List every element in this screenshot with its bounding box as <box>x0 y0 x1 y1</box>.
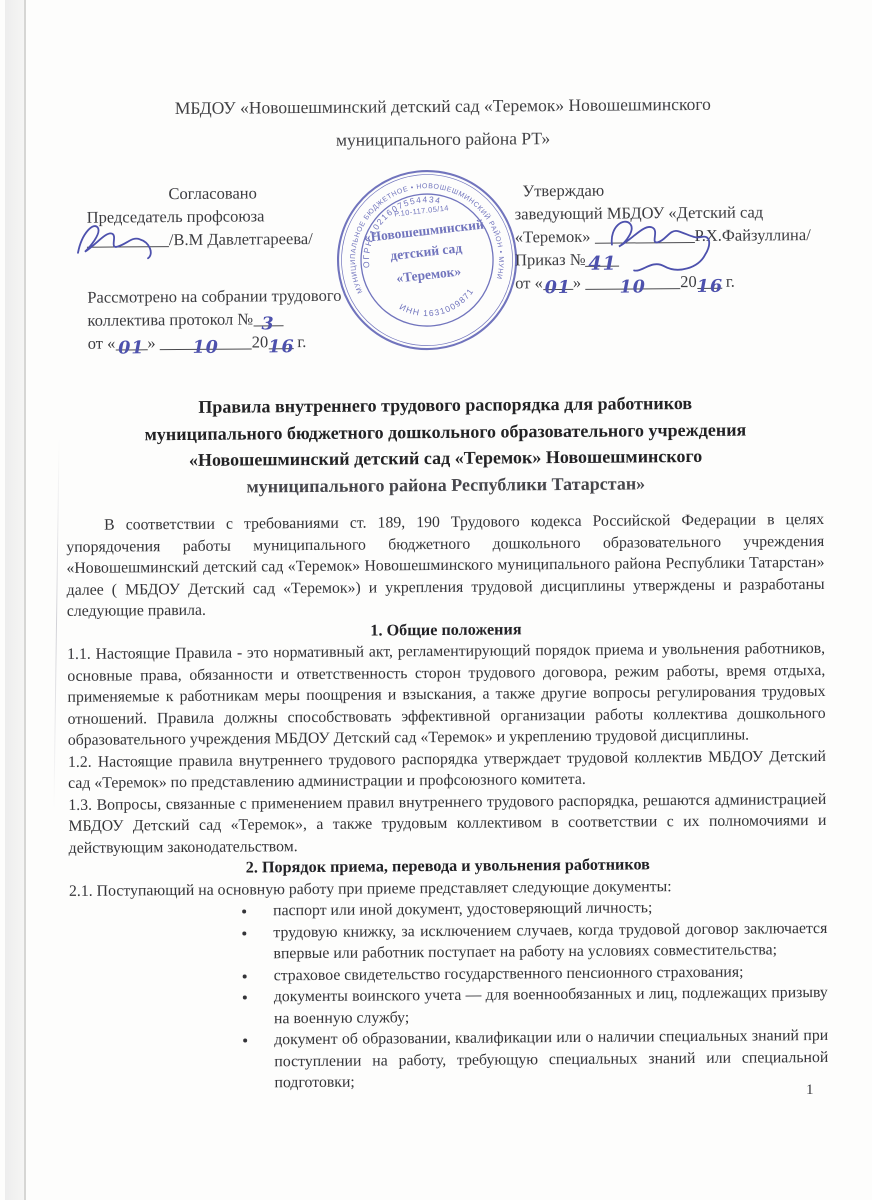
month-blank: 10 <box>160 332 252 350</box>
clause-1-2: 1.2. Настоящие правила внутреннего трудо… <box>68 745 826 794</box>
day-blank: 01 <box>115 333 147 350</box>
stamp-inn-text: ИНН 1631009871 <box>396 285 478 322</box>
approve-label: Утверждаю <box>514 177 844 203</box>
date-suffix: г. <box>293 332 306 351</box>
page-number: 1 <box>806 1082 814 1099</box>
documents-list: паспорт или иной документ, удостоверяющи… <box>231 896 829 1094</box>
list-item: документы воинского учета — для военнооб… <box>258 982 828 1029</box>
date-suffix: г. <box>722 272 735 291</box>
stamp-name-line3: «Теремок» <box>396 263 463 285</box>
date-prefix: от « <box>88 334 116 353</box>
year-handwritten: 16 <box>268 337 295 357</box>
date-quote-close: » <box>573 273 581 292</box>
list-item: трудовую книжку, за исключением случаев,… <box>257 917 827 964</box>
date-quote-close: » <box>147 333 155 352</box>
signature-scribble-icon <box>70 216 182 263</box>
protocol-number-blank: 3 <box>253 309 283 326</box>
day-handwritten: 01 <box>545 278 572 298</box>
round-stamp: МУНИЦИПАЛЬНОЕ БЮДЖЕТНОЕ • НОВОШЕШМИНСКИЙ… <box>333 166 520 353</box>
union-signatory-name: /В.М Давлетгареева/ <box>169 229 313 249</box>
clause-1-1: 1.1. Настоящие Правила - это нормативный… <box>67 638 826 751</box>
year-blank: 16 <box>268 332 293 349</box>
protocol-label: коллектива протокол № <box>87 309 253 329</box>
organization-header: МБДОУ «Новошешминский детский сад «Терем… <box>55 87 831 159</box>
order-label: Приказ № <box>515 250 586 270</box>
document-title: Правила внутреннего трудового распорядка… <box>55 389 836 501</box>
stamp-name-line2: детский сад <box>389 240 462 263</box>
intro-paragraph: В соответствии с требованиями ст. 189, 1… <box>66 509 825 622</box>
approval-section: Согласовано Председатель профсоюза /В.М … <box>1 177 872 362</box>
month-handwritten: 10 <box>192 338 219 358</box>
day-handwritten: 01 <box>118 338 145 358</box>
teremok-label: «Теремок» <box>515 227 591 247</box>
list-item: документ об образовании, квалификации ил… <box>258 1025 828 1094</box>
clause-1-3: 1.3. Вопросы, связанные с применением пр… <box>68 788 826 858</box>
signature-scribble-icon <box>602 214 723 281</box>
org-name-line2: муниципального района РТ» <box>55 120 831 159</box>
year-printed: 20 <box>252 332 269 351</box>
day-blank: 01 <box>543 273 573 290</box>
title-line4: муниципального района Республики Татарст… <box>56 468 836 501</box>
document-body: В соответствии с требованиями ст. 189, 1… <box>66 509 829 1095</box>
scanned-document-page: МБДОУ «Новошешминский детский сад «Терем… <box>0 0 872 1200</box>
